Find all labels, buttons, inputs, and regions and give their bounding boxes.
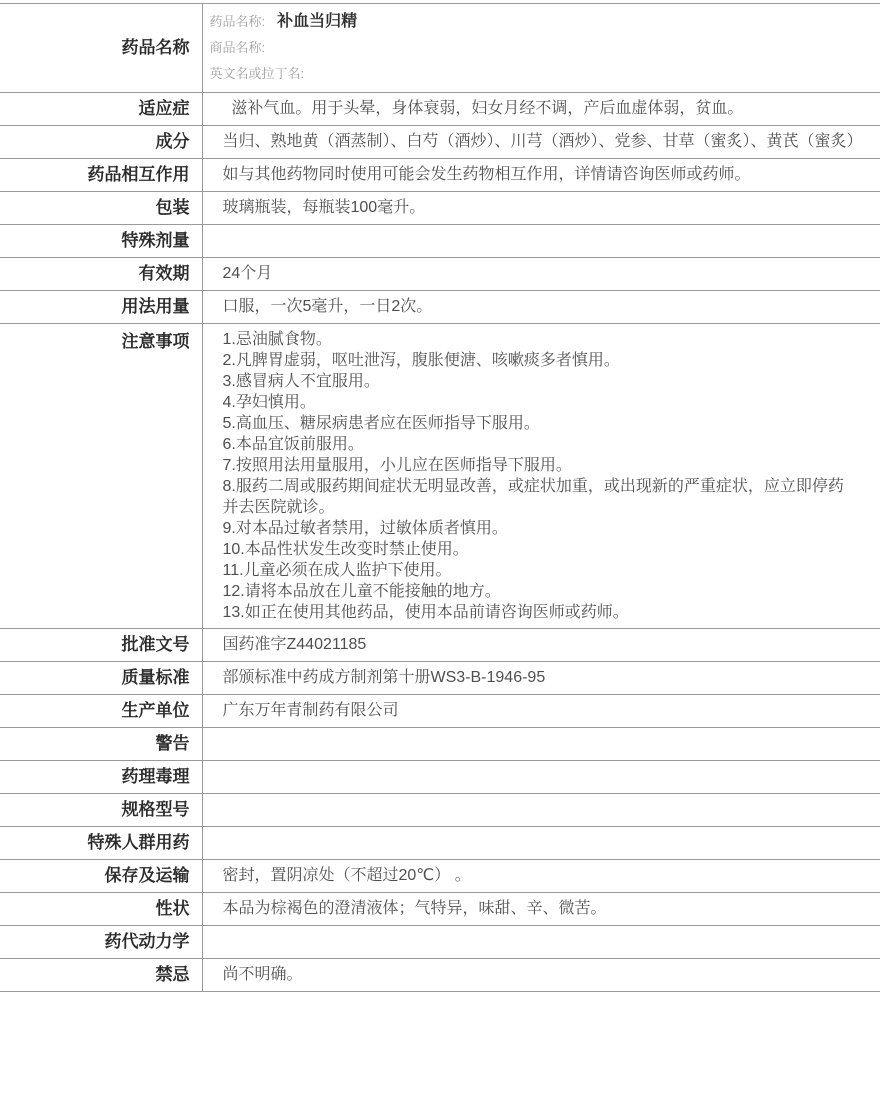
table-row: 有效期 24个月 xyxy=(0,258,880,291)
row-value-drug-interactions: 如与其他药物同时使用可能会发生药物相互作用，详情请咨询医师或药师。 xyxy=(223,164,857,186)
row-label-ingredients: 成分 xyxy=(0,126,202,159)
table-row: 保存及运输 密封，置阴凉处（不超过20℃） 。 xyxy=(0,860,880,893)
table-row: 成分 当归、熟地黄（酒蒸制）、白芍（酒炒）、川芎（酒炒）、党参、甘草（蜜炙）、黄… xyxy=(0,126,880,159)
row-label-quality-standard: 质量标准 xyxy=(0,662,202,695)
precaution-item: 2.凡脾胃虚弱，呕吐泄泻，腹胀便溏、咳嗽痰多者慎用。 xyxy=(223,350,857,371)
row-value-packaging: 玻璃瓶装，每瓶装100毫升。 xyxy=(223,197,857,219)
row-value-approval-number: 国药准字Z44021185 xyxy=(223,634,857,656)
row-value-quality-standard: 部颁标准中药成方制剂第十册WS3-B-1946-95 xyxy=(223,667,857,689)
table-row: 特殊剂量 xyxy=(0,225,880,258)
table-row: 药理毒理 xyxy=(0,761,880,794)
row-value-contraindications: 尚不明确。 xyxy=(223,964,857,986)
table-row: 药代动力学 xyxy=(0,926,880,959)
row-value-ingredients: 当归、熟地黄（酒蒸制）、白芍（酒炒）、川芎（酒炒）、党参、甘草（蜜炙）、黄芪（蜜… xyxy=(223,131,857,153)
row-label-special-populations: 特殊人群用药 xyxy=(0,827,202,860)
row-label-manufacturer: 生产单位 xyxy=(0,695,202,728)
precaution-item: 7.按照用法用量服用，小儿应在医师指导下服用。 xyxy=(223,455,857,476)
precaution-item: 1.忌油腻食物。 xyxy=(223,329,857,350)
row-value-special-populations xyxy=(223,832,857,854)
row-value-precautions: 1.忌油腻食物。 2.凡脾胃虚弱，呕吐泄泻，腹胀便溏、咳嗽痰多者慎用。 3.感冒… xyxy=(202,324,880,629)
table-row: 药品相互作用 如与其他药物同时使用可能会发生药物相互作用，详情请咨询医师或药师。 xyxy=(0,159,880,192)
precaution-item: 13.如正在使用其他药品，使用本品前请咨询医师或药师。 xyxy=(223,602,857,623)
table-row: 用法用量 口服，一次5毫升，一日2次。 xyxy=(0,291,880,324)
generic-name-value: 补血当归精 xyxy=(277,13,357,30)
row-label-shelf-life: 有效期 xyxy=(0,258,202,291)
row-value-storage-transport: 密封，置阴凉处（不超过20℃） 。 xyxy=(223,865,857,887)
generic-name-label: 药品名称: xyxy=(210,14,266,29)
row-label-indications: 适应症 xyxy=(0,93,202,126)
row-value-special-dosage xyxy=(223,230,857,252)
row-label-special-dosage: 特殊剂量 xyxy=(0,225,202,258)
table-row: 特殊人群用药 xyxy=(0,827,880,860)
table-row: 批准文号 国药准字Z44021185 xyxy=(0,629,880,662)
precaution-item: 5.高血压、糖尿病患者应在医师指导下服用。 xyxy=(223,413,857,434)
row-label-specification: 规格型号 xyxy=(0,794,202,827)
precaution-item: 3.感冒病人不宜服用。 xyxy=(223,371,857,392)
table-row: 适应症 滋补气血。用于头晕，身体衰弱，妇女月经不调，产后血虚体弱，贫血。 xyxy=(0,93,880,126)
row-label-pharmacology-toxicology: 药理毒理 xyxy=(0,761,202,794)
table-row: 质量标准 部颁标准中药成方制剂第十册WS3-B-1946-95 xyxy=(0,662,880,695)
row-value-specification xyxy=(223,799,857,821)
row-label-drug-name: 药品名称 xyxy=(0,4,202,93)
row-value-indications: 滋补气血。用于头晕，身体衰弱，妇女月经不调，产后血虚体弱，贫血。 xyxy=(223,98,857,120)
row-label-packaging: 包装 xyxy=(0,192,202,225)
row-value-pharmacology-toxicology xyxy=(223,766,857,788)
table-row: 药品名称 药品名称:补血当归精 商品名称: 英文名或拉丁名: xyxy=(0,4,880,93)
row-value-drug-name: 药品名称:补血当归精 商品名称: 英文名或拉丁名: xyxy=(202,4,880,93)
drug-info-table: 药品名称 药品名称:补血当归精 商品名称: 英文名或拉丁名: 适应症 滋补气血。… xyxy=(0,3,880,992)
table-row: 警告 xyxy=(0,728,880,761)
row-value-shelf-life: 24个月 xyxy=(223,263,857,285)
row-label-drug-interactions: 药品相互作用 xyxy=(0,159,202,192)
row-label-pharmacokinetics: 药代动力学 xyxy=(0,926,202,959)
generic-name-line: 药品名称:补血当归精 xyxy=(210,9,857,35)
table-row: 生产单位 广东万年青制药有限公司 xyxy=(0,695,880,728)
trade-name-line: 商品名称: xyxy=(210,35,857,61)
precaution-item: 4.孕妇慎用。 xyxy=(223,392,857,413)
row-value-warning xyxy=(223,733,857,755)
table-row: 规格型号 xyxy=(0,794,880,827)
row-label-contraindications: 禁忌 xyxy=(0,959,202,992)
row-label-properties: 性状 xyxy=(0,893,202,926)
precaution-item: 8.服药二周或服药期间症状无明显改善，或症状加重，或出现新的严重症状，应立即停药… xyxy=(223,476,857,518)
table-row: 禁忌 尚不明确。 xyxy=(0,959,880,992)
row-label-storage-transport: 保存及运输 xyxy=(0,860,202,893)
table-row: 性状 本品为棕褐色的澄清液体；气特异，味甜、辛、微苦。 xyxy=(0,893,880,926)
row-label-dosage-usage: 用法用量 xyxy=(0,291,202,324)
table-row: 注意事项 1.忌油腻食物。 2.凡脾胃虚弱，呕吐泄泻，腹胀便溏、咳嗽痰多者慎用。… xyxy=(0,324,880,629)
precaution-item: 9.对本品过敏者禁用，过敏体质者慎用。 xyxy=(223,518,857,539)
row-value-manufacturer: 广东万年青制药有限公司 xyxy=(223,700,857,722)
table-row: 包装 玻璃瓶装，每瓶装100毫升。 xyxy=(0,192,880,225)
row-value-pharmacokinetics xyxy=(223,931,857,953)
precaution-item: 12.请将本品放在儿童不能接触的地方。 xyxy=(223,581,857,602)
precaution-item: 11.儿童必须在成人监护下使用。 xyxy=(223,560,857,581)
row-value-dosage-usage: 口服，一次5毫升，一日2次。 xyxy=(223,296,857,318)
latin-name-line: 英文名或拉丁名: xyxy=(210,61,857,87)
row-label-warning: 警告 xyxy=(0,728,202,761)
precaution-item: 10.本品性状发生改变时禁止使用。 xyxy=(223,539,857,560)
row-label-precautions: 注意事项 xyxy=(0,324,202,629)
row-label-approval-number: 批准文号 xyxy=(0,629,202,662)
row-value-properties: 本品为棕褐色的澄清液体；气特异，味甜、辛、微苦。 xyxy=(223,898,857,920)
precaution-item: 6.本品宜饭前服用。 xyxy=(223,434,857,455)
